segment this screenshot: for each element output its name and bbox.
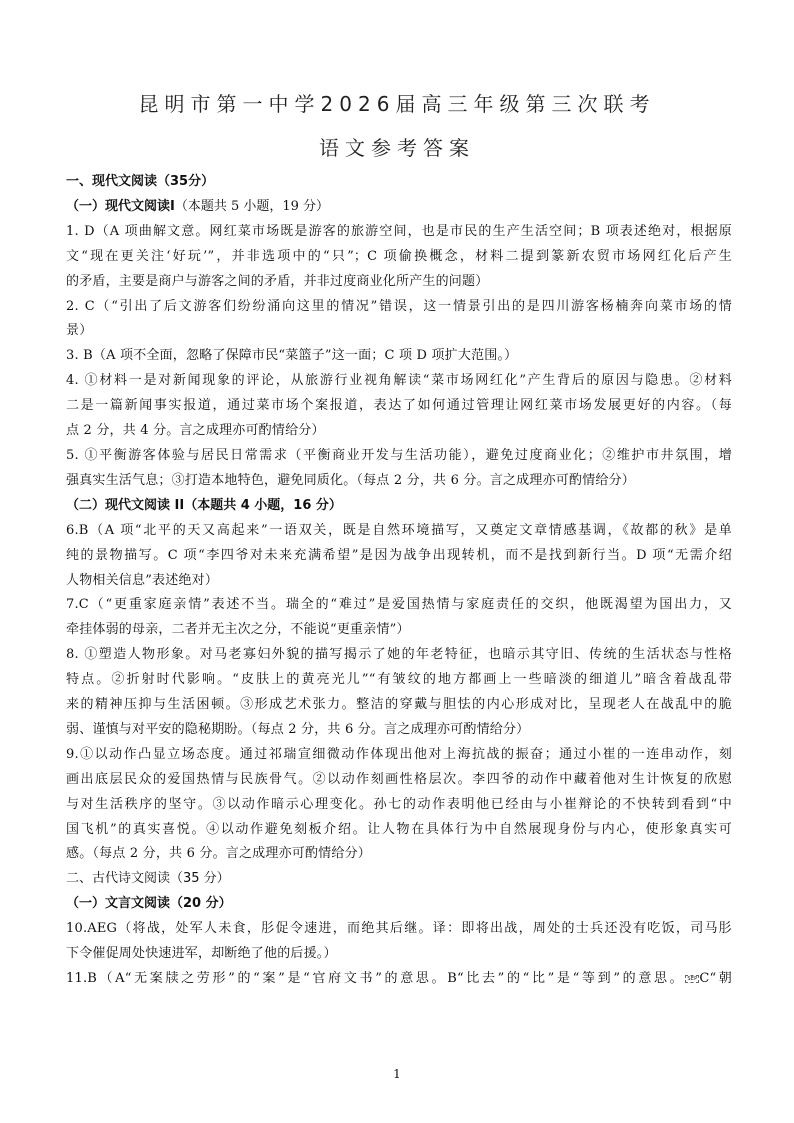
page-number: 1 [0,1067,794,1081]
subsection-note: （本题共 5 小题，19 分） [175,199,329,214]
answer-line: 6.B（A 项“北平的天又高起来”一语双关，既是自然环境描写，又奠定文章情感基调… [66,519,732,544]
answer-line: 国飞机”的真实喜悦。④以动作避免刻板介绍。让人物在具体行为中自然展现身份与内心，… [66,818,732,843]
answer-line: 的矛盾，主要是商户与游客之间的矛盾，并非过度商业化所产生的问题） [66,270,732,295]
answer-line: 文“现在更关注‘好玩’”，并非选项中的“只”；C 项偷换概念，材料二提到篆新农贸… [66,245,732,270]
document-title: 昆明市第一中学2026届高三年级第三次联考 [0,88,794,117]
subsection-title: （一）现代文阅读Ⅰ [66,199,175,214]
answer-line: 纯的景物描写。C 项“李四爷对未来充满希望”是因为战争出现转机，而不是找到新行当… [66,544,732,569]
answer-text: C“朝 [699,971,732,986]
section-heading-modern-reading: 一、现代文阅读（35分） [66,170,732,195]
answer-line: 人物相关信息”表述绝对） [66,569,732,594]
answer-line: 11.B（A“无案牍之劳形”的“案”是“官府文书”的意思。B“比去”的“比”是“… [66,967,732,992]
section-heading-classical-reading: 二、古代诗文阅读（35 分） [66,867,732,892]
answer-line: 二是一篇新闻事实报道，通过菜市场个案报道，表达了如何通过管理让网红菜市场发展更好… [66,394,732,419]
answer-body: 一、现代文阅读（35分） （一）现代文阅读Ⅰ（本题共 5 小题，19 分） 1.… [66,170,732,992]
subsection-heading-modern-reading-1: （一）现代文阅读Ⅰ（本题共 5 小题，19 分） [66,195,732,220]
answer-line: 点 2 分，共 4 分。言之成理亦可酌情给分） [66,419,732,444]
document-subtitle: 语文参考答案 [0,132,794,161]
answer-line: 与对生活秩序的坚守。③以动作暗示心理变化。孙七的动作表明他已经由与小崔辩论的不快… [66,793,732,818]
answer-line: 5. ①平衡游客体验与居民日常需求（平衡商业开发与生活功能），避免过度商业化；②… [66,444,732,469]
answer-line: 9.①以动作凸显立场态度。通过祁瑞宣细微动作体现出他对上海抗战的振奋；通过小崔的… [66,743,732,768]
answer-line: 10.AEG（将战，处军人未食，肜促令速进，而绝其后继。译：即将出战，周处的士兵… [66,917,732,942]
answer-line: 强真实生活气息；③打造本地特色，避免同质化。（每点 2 分，共 6 分。言之成理… [66,469,732,494]
answer-line: 1. D（A 项曲解文意。网红菜市场既是游客的旅游空间，也是市民的生产生活空间；… [66,220,732,245]
sep-glyph-icon: SEP [685,975,699,983]
subsection-heading-modern-reading-2: （二）现代文阅读 II（本题共 4 小题，16 分） [66,494,732,519]
answer-line: 特点。②折射时代影响。“皮肤上的黄亮光儿”“有皱纹的地方都画上一些暗淡的细道儿”… [66,668,732,693]
answer-line: 景） [66,319,732,344]
answer-line: 牵挂体弱的母亲，二者并无主次之分，不能说“更重亲情”） [66,618,732,643]
answer-line: 3. B（A 项不全面，忽略了保障市民“菜篮子”这一面；C 项 D 项扩大范围。… [66,344,732,369]
answer-line: 4. ①材料一是对新闻现象的评论，从旅游行业视角解读“菜市场网红化”产生背后的原… [66,369,732,394]
answer-line: 8. ①塑造人物形象。对马老寡妇外貌的描写揭示了她的年老特征，也暗示其守旧、传统… [66,643,732,668]
answer-line: 7.C（“更重家庭亲情”表述不当。瑞全的“难过”是爱国热情与家庭责任的交织，他既… [66,593,732,618]
answer-line: 来的精神压抑与生活困顿。③形成艺术张力。整洁的穿戴与胆怯的内心形成对比，呈现老人… [66,693,732,718]
answer-line: 感。（每点 2 分，共 6 分。言之成理亦可酌情给分） [66,842,732,867]
answer-line: 2. C（“引出了后文游客们纷纷涌向这里的情况”错误，这一情景引出的是四川游客杨… [66,295,732,320]
subsection-heading-classical-prose: （一）文言文阅读（20 分） [66,892,732,917]
answer-line: 弱、谨慎与对平安的隐秘期盼。（每点 2 分，共 6 分。言之成理亦可酌情给分） [66,718,732,743]
answer-line: 下令催促周处快速进军，却断绝了他的后援。） [66,942,732,967]
answer-text: 11.B（A“无案牍之劳形”的“案”是“官府文书”的意思。B“比去”的“比”是“… [66,971,685,986]
answer-line: 画出底层民众的爱国热情与民族骨气。②以动作刻画性格层次。李四爷的动作中藏着他对生… [66,768,732,793]
